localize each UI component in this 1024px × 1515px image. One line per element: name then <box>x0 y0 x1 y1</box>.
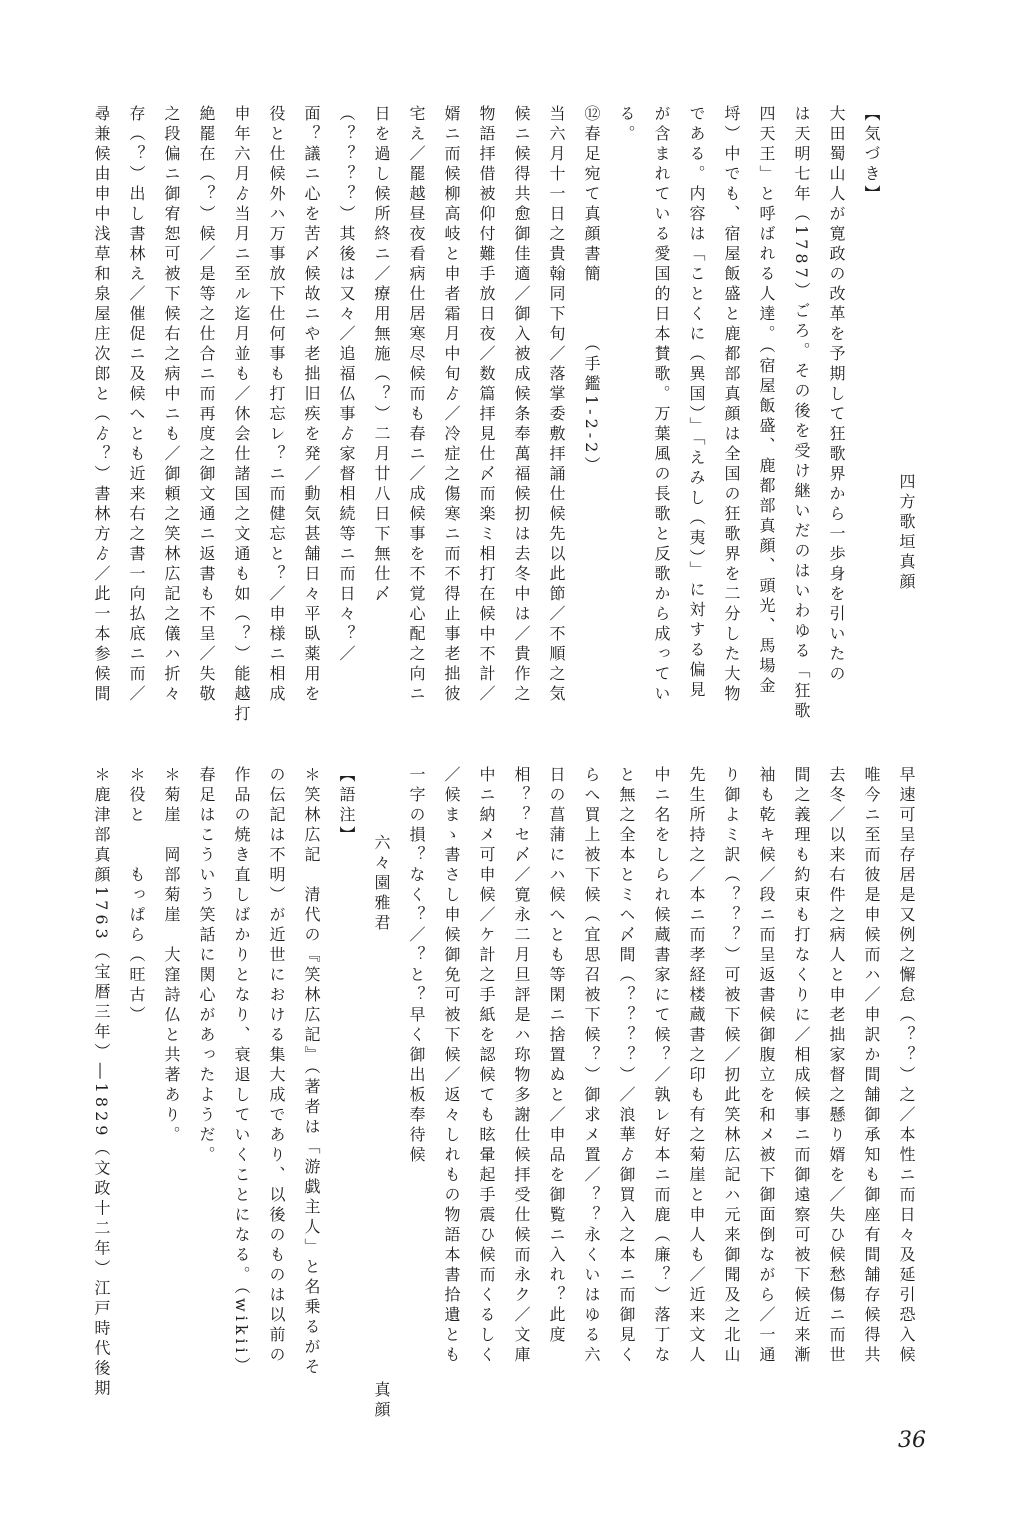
letter-column: 存（？）出し書林え／催促ニ及候へとも近来右之書一向払底ニ而／ <box>119 105 154 765</box>
attribution-line: 四方歌垣真顔 <box>889 105 924 765</box>
letter-column: らへ買上被下候（宜思召被下候？）御求メ置／？？永くいはゆる六 <box>574 766 609 1426</box>
letter-column: 尋兼候由申中浅草和泉屋庄次郎と（ゟ？）書林方ゟ／此一本参候間 <box>84 105 119 765</box>
document-page: 四方歌垣真顔 【気づき】 大田蜀山人が寛政の改革を予期して狂歌界から一歩身を引い… <box>0 0 1024 1515</box>
letter-column: 唯今ニ至而彼是申候而ハ／申訳か間舗御承知も御座有間舗存候得共 <box>854 766 889 1426</box>
bottom-text-block: 早速可呈存居是又例之懈怠（？？）之／本性ニ而日々及延引恐入候 唯今ニ至而彼是申候… <box>84 766 924 1426</box>
letter-column: り御よミ訳（？？？）可被下候／扨此笑林広記ハ元来御聞及之北山 <box>714 766 749 1426</box>
letter-column: ／候まゝ書さし申候御免可被下候／返々しれもの物語本書拾遺とも <box>434 766 469 1426</box>
note-column: の伝記は不明）が近世における集大成であり、以後のものは以前の <box>259 766 294 1426</box>
letter-column: 役と仕候外ハ万事放下仕何事も打忘レ？ニ而健忘と？／申様ニ相成 <box>259 105 294 765</box>
paragraph-column: る。 <box>609 105 644 765</box>
letter-column: 候ニ候得共愈御佳適／御入被成候条奉萬福候扨は去冬中は／貴作之 <box>504 105 539 765</box>
letter-column: 袖も乾キ候／段ニ而呈返書候御腹立を和メ被下御面倒ながら／一通 <box>749 766 784 1426</box>
note-column: ＊役と もっぱら（旺古） <box>119 766 154 1426</box>
letter-column: （？？？？）其後は又々／追福仏事ゟ家督相続等ニ而日々？／ <box>329 105 364 765</box>
note-column: ＊笑林広記 清代の『笑林広記』（著者は「游戯主人」と名乗るがそ <box>294 766 329 1426</box>
letter-column: 中ニ納メ可申候／ケ計之手紙を認候ても眩暈起手震ひ候而くるしく <box>469 766 504 1426</box>
addressee-line: 六々園雅君 <box>372 766 391 934</box>
letter-column: 絶罷在（？）候／是等之仕合ニ而再度之御文通ニ返書も不呈／失敬 <box>189 105 224 765</box>
letter-column: 宅え／罷越昼夜看病仕居寒尽候而も春ニ／成候事を不覚心配之向ニ <box>399 105 434 765</box>
letter-column: 間之義理も約束も打なくりに／相成候事ニ而御遠察可被下候近来漸 <box>784 766 819 1426</box>
page-number: 36 <box>898 1428 926 1453</box>
note-column: ＊鹿津部真顔1763（宝暦三年）―1829（文政十二年）江戸時代後期 <box>84 766 119 1426</box>
paragraph-column: が含まれている愛国的日本賛歌。万葉風の長歌と反歌から成ってい <box>644 105 679 765</box>
top-text-block: 四方歌垣真顔 【気づき】 大田蜀山人が寛政の改革を予期して狂歌界から一歩身を引い… <box>84 105 924 765</box>
catalog-ref: （手鑑1-2-2） <box>582 335 601 476</box>
letter-column: 日を過し候所終ニ／療用無施（？）二月廿八日下無仕〆 <box>364 105 399 765</box>
letter-column: 一字の損？なく？／？と？早く御出板奉待候 <box>399 766 434 1426</box>
signature: 真顔 <box>364 1381 399 1421</box>
letter-column: 去冬／以来右件之病人と申老拙家督之懸り婿を／失ひ候愁傷ニ而世 <box>819 766 854 1426</box>
closing-column: 六々園雅君真顔 <box>364 766 399 1421</box>
letter-column: 当六月十一日之貴翰同下旬／落掌委敷拝誦仕候先以此節／不順之気 <box>539 105 574 765</box>
letter-column: 婿ニ而候柳高岐と申者霜月中旬ゟ／冷症之傷寒ニ而不得止事老拙彼 <box>434 105 469 765</box>
paragraph-column: 四天王」と呼ばれる人達。（宿屋飯盛、鹿都部真顔、頭光、馬場金 <box>749 105 784 765</box>
note-column: 作品の焼き直しばかりとなり、衰退していくことになる。（wikii） <box>224 766 259 1426</box>
letter-column: 相？？セ〆／寛永二月旦評是ハ珎物多謝仕候拝受仕候而永ク／文庫 <box>504 766 539 1426</box>
section-heading-gochu: 【語注】 <box>329 766 364 1426</box>
letter-column: 面？議ニ心を苦〆候故ニや老拙旧疾を発／動気甚舗日々平臥薬用を <box>294 105 329 765</box>
letter-column: 日の菖蒲にハ候へとも等閑ニ捨置ぬと／申品を御覧ニ入れ？此度 <box>539 766 574 1426</box>
letter-column: 早速可呈存居是又例之懈怠（？？）之／本性ニ而日々及延引恐入候 <box>889 766 924 1426</box>
note-column: 春足はこういう笑話に関心があったようだ。 <box>189 766 224 1426</box>
letter-column: 中ニ名をしられ候蔵書家にて候？／孰レ好本ニ而鹿（廉？）落丁な <box>644 766 679 1426</box>
letter-column: 先生所持之／本ニ而孝経楼蔵書之印も有之菊崖と申人も／近来文人 <box>679 766 714 1426</box>
section-heading-kizuki: 【気づき】 <box>854 105 889 765</box>
paragraph-column: は天明七年（1787）ごろ。その後を受け継いだのはいわゆる「狂歌 <box>784 105 819 765</box>
paragraph-column: 大田蜀山人が寛政の改革を予期して狂歌界から一歩身を引いたの <box>819 105 854 765</box>
letter-column: と無之全本とミヘ〆間（？？？？）／浪華ゟ御買入之本ニ而御見く <box>609 766 644 1426</box>
letter-heading: ⑫春足宛て真顔書簡（手鑑1-2-2） <box>574 105 609 765</box>
paragraph-column: 埒）中でも、宿屋飯盛と鹿都部真顔は全国の狂歌界を二分した大物 <box>714 105 749 765</box>
letter-title: ⑫春足宛て真顔書簡 <box>582 105 601 285</box>
note-column: ＊菊崖 岡部菊崖 大窪詩仏と共著あり。 <box>154 766 189 1426</box>
letter-column: 物語拝借被仰付難手放日夜／数篇拝見仕〆而楽ミ相打在候中不計／ <box>469 105 504 765</box>
paragraph-column: である。内容は「ことくに（異国）」「えみし（夷）」に対する偏見 <box>679 105 714 765</box>
letter-column: 之段偏ニ御宥恕可被下候右之病中ニも／御頼之笑林広記之儀ハ折々 <box>154 105 189 765</box>
letter-column: 申年六月ゟ当月ニ至ル迄月並も／休会仕諸国之文通も如（？）能越打 <box>224 105 259 765</box>
